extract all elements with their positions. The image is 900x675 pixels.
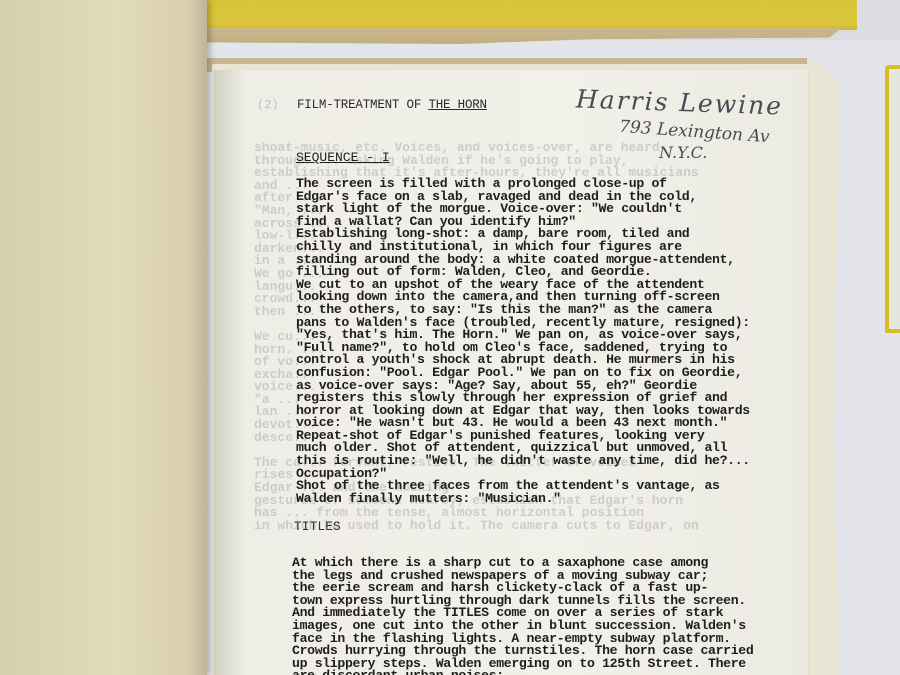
titles-heading: TITLES: [294, 519, 341, 534]
header-title: THE HORN: [428, 98, 486, 112]
sequence-body: The screen is filled with a prolonged cl…: [296, 178, 816, 505]
page-number: (2): [257, 98, 279, 112]
page-shadow: [214, 70, 244, 675]
right-yellow-folder: [885, 65, 900, 333]
titles-body: At which there is a sharp cut to a saxap…: [292, 557, 812, 675]
sequence-heading: SEQUENCE - I: [296, 150, 390, 165]
text-line: Walden finally mutters: "Musician.": [296, 493, 816, 506]
text-line: are discordant urban noises:: [292, 670, 812, 675]
header-prefix: FILM-TREATMENT OF: [297, 98, 421, 112]
handwritten-city: N.Y.C.: [659, 143, 707, 162]
handwritten-name: Harris Lewine: [576, 84, 784, 120]
page-header: FILM-TREATMENT OF THE HORN: [297, 98, 487, 112]
typewritten-page: shoat-music, etc. Voices, and voices-ove…: [214, 70, 808, 675]
yellow-folder: [207, 0, 857, 30]
manila-folder-cover: [0, 0, 207, 675]
